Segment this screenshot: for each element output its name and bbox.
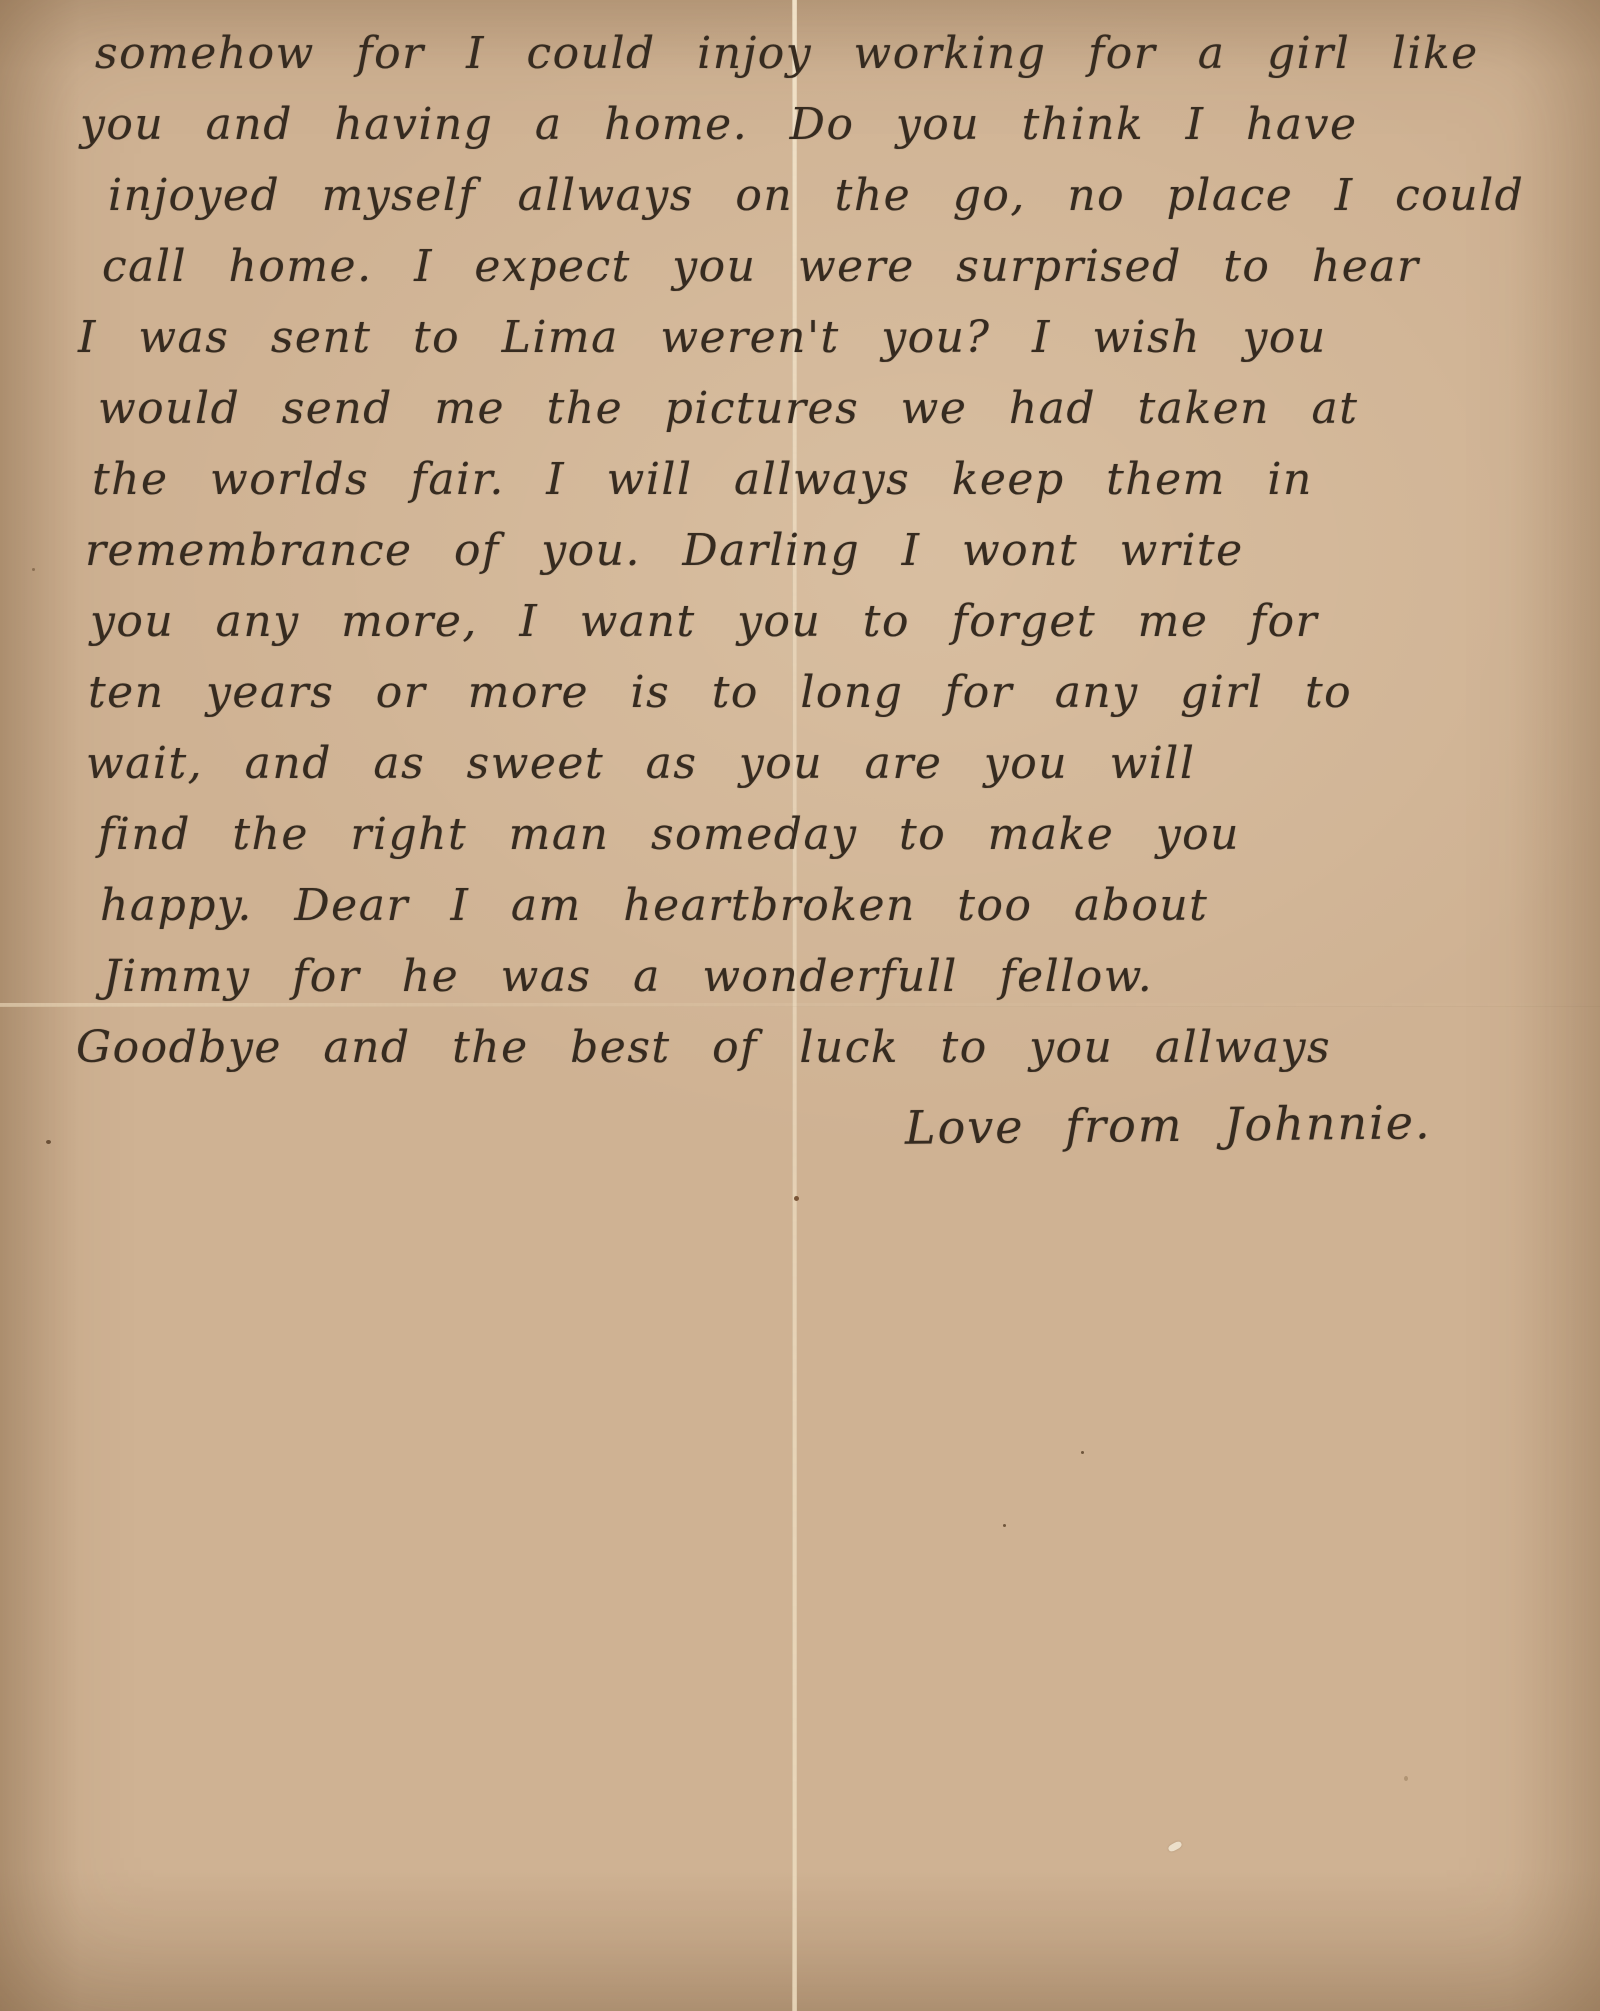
signature-line: Love from Johnnie. [905,1095,1432,1155]
letter-line: Jimmy for he was a wonderfull fellow. [0,941,1560,1012]
letter-line: ten years or more is to long for any gir… [0,657,1560,728]
letter-line: wait, and as sweet as you are you will [0,728,1560,799]
letter-line: somehow for I could injoy working for a … [0,18,1560,89]
letter-line: remembrance of you. Darling I wont write [0,515,1560,586]
letter-body: somehow for I could injoy working for a … [0,18,1560,1083]
letter-page: somehow for I could injoy working for a … [0,0,1600,2011]
paper-blemish [1003,1524,1006,1527]
letter-line: happy. Dear I am heartbroken too about [0,870,1560,941]
paper-blemish [32,568,35,571]
letter-line: you and having a home. Do you think I ha… [0,89,1560,160]
letter-line: you any more, I want you to forget me fo… [0,586,1560,657]
letter-line: injoyed myself allways on the go, no pla… [0,160,1560,231]
letter-line: I was sent to Lima weren't you? I wish y… [0,302,1560,373]
paper-blemish [1167,1840,1183,1853]
paper-blemish [1081,1451,1084,1454]
paper-blemish [794,1196,799,1201]
letter-line: call home. I expect you were surprised t… [0,231,1560,302]
paper-blemish [1404,1776,1408,1781]
letter-line: find the right man someday to make you [0,799,1560,870]
letter-line: Goodbye and the best of luck to you allw… [0,1012,1560,1083]
letter-line: would send me the pictures we had taken … [0,373,1560,444]
letter-line: the worlds fair. I will allways keep the… [0,444,1560,515]
paper-blemish [46,1140,51,1144]
